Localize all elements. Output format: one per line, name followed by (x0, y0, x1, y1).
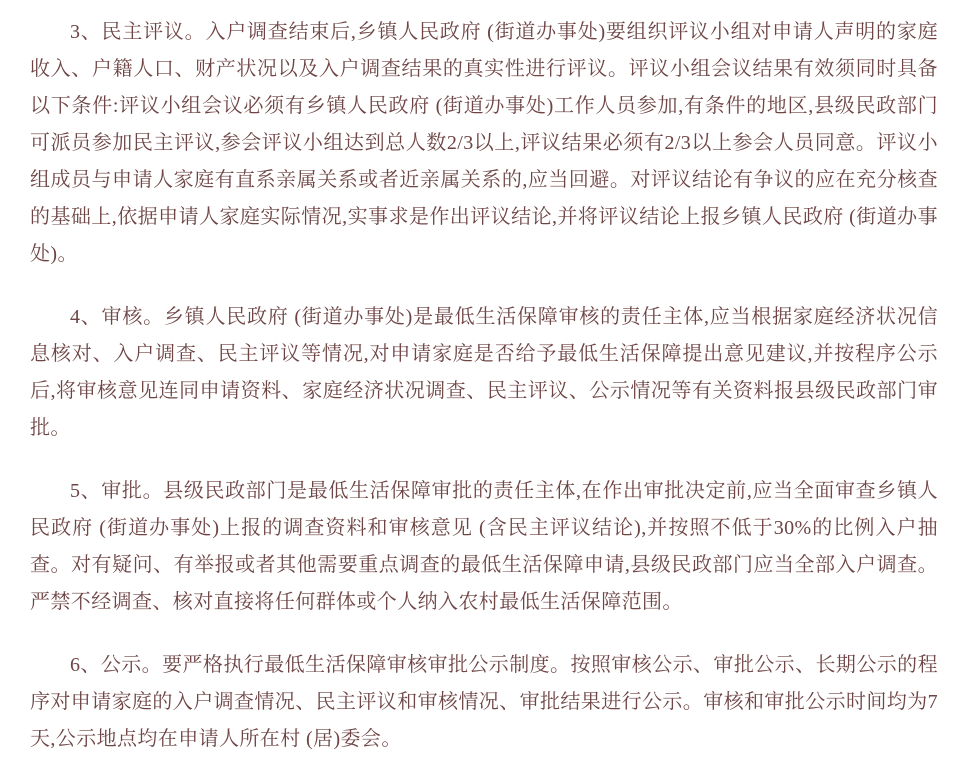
paragraph-democratic-appraisal: 3、民主评议。入户调查结束后,乡镇人民政府 (街道办事处)要组织评议小组对申请人… (30, 14, 938, 273)
paragraph-review: 4、审核。乡镇人民政府 (街道办事处)是最低生活保障审核的责任主体,应当根据家庭… (30, 299, 938, 447)
document-body: 3、民主评议。入户调查结束后,乡镇人民政府 (街道办事处)要组织评议小组对申请人… (0, 0, 968, 774)
paragraph-approval: 5、审批。县级民政部门是最低生活保障审批的责任主体,在作出审批决定前,应当全面审… (30, 473, 938, 621)
paragraph-public-notice: 6、公示。要严格执行最低生活保障审核审批公示制度。按照审核公示、审批公示、长期公… (30, 647, 938, 758)
